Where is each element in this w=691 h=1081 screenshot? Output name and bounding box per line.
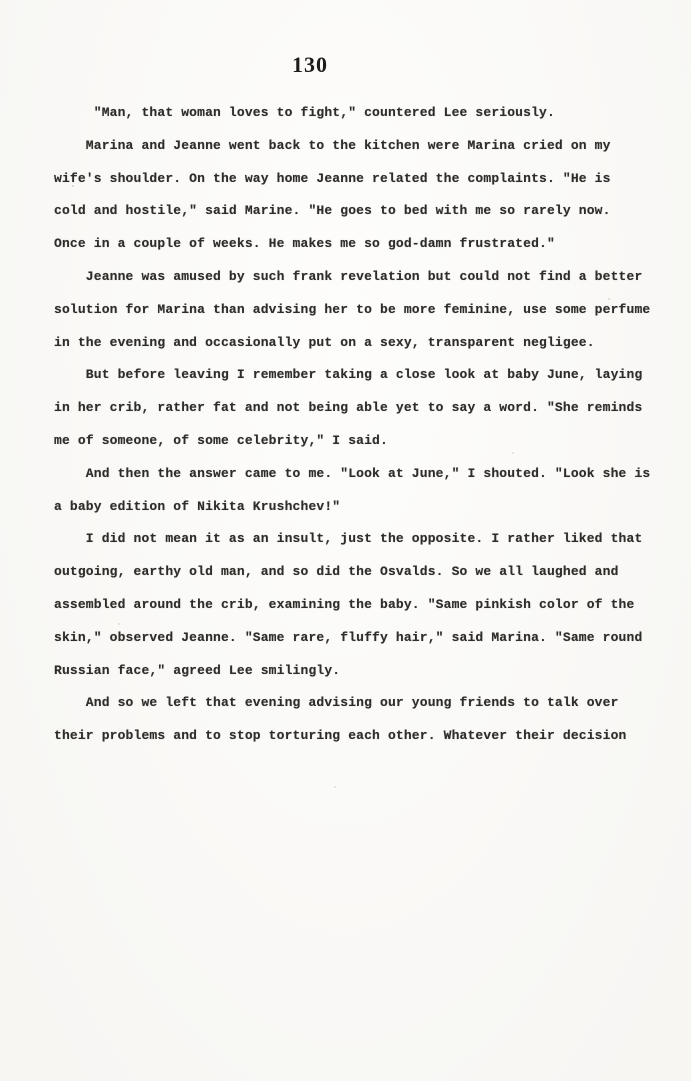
text-line: Once in a couple of weeks. He makes me s… <box>54 228 664 261</box>
text-line: a baby edition of Nikita Krushchev!" <box>54 491 664 524</box>
scan-speck <box>608 298 610 300</box>
text-line: "Man, that woman loves to fight," counte… <box>54 97 664 130</box>
text-line: Jeanne was amused by such frank revelati… <box>54 261 664 294</box>
text-line: in the evening and occasionally put on a… <box>54 327 664 360</box>
typewritten-text: "Man, that woman loves to fight," counte… <box>54 97 664 753</box>
document-page: 130 "Man, that woman loves to fight," co… <box>0 0 691 1081</box>
text-line: their problems and to stop torturing eac… <box>54 720 664 753</box>
text-line: But before leaving I remember taking a c… <box>54 359 664 392</box>
text-line: And so we left that evening advising our… <box>54 687 664 720</box>
text-line: assembled around the crib, examining the… <box>54 589 664 622</box>
scan-speck <box>72 185 74 187</box>
text-line: And then the answer came to me. "Look at… <box>54 458 664 491</box>
scan-speck <box>118 623 120 625</box>
text-line: I did not mean it as an insult, just the… <box>54 523 664 556</box>
scan-speck <box>512 452 514 454</box>
page-number: 130 <box>0 52 620 78</box>
text-line: solution for Marina than advising her to… <box>54 294 664 327</box>
text-line: Russian face," agreed Lee smilingly. <box>54 655 664 688</box>
text-line: me of someone, of some celebrity," I sai… <box>54 425 664 458</box>
scan-speck <box>334 786 336 788</box>
text-line: in her crib, rather fat and not being ab… <box>54 392 664 425</box>
text-line: outgoing, earthy old man, and so did the… <box>54 556 664 589</box>
text-line: skin," observed Jeanne. "Same rare, fluf… <box>54 622 664 655</box>
text-line: Marina and Jeanne went back to the kitch… <box>54 130 664 163</box>
text-line: cold and hostile," said Marine. "He goes… <box>54 195 664 228</box>
text-line: wife's shoulder. On the way home Jeanne … <box>54 163 664 196</box>
